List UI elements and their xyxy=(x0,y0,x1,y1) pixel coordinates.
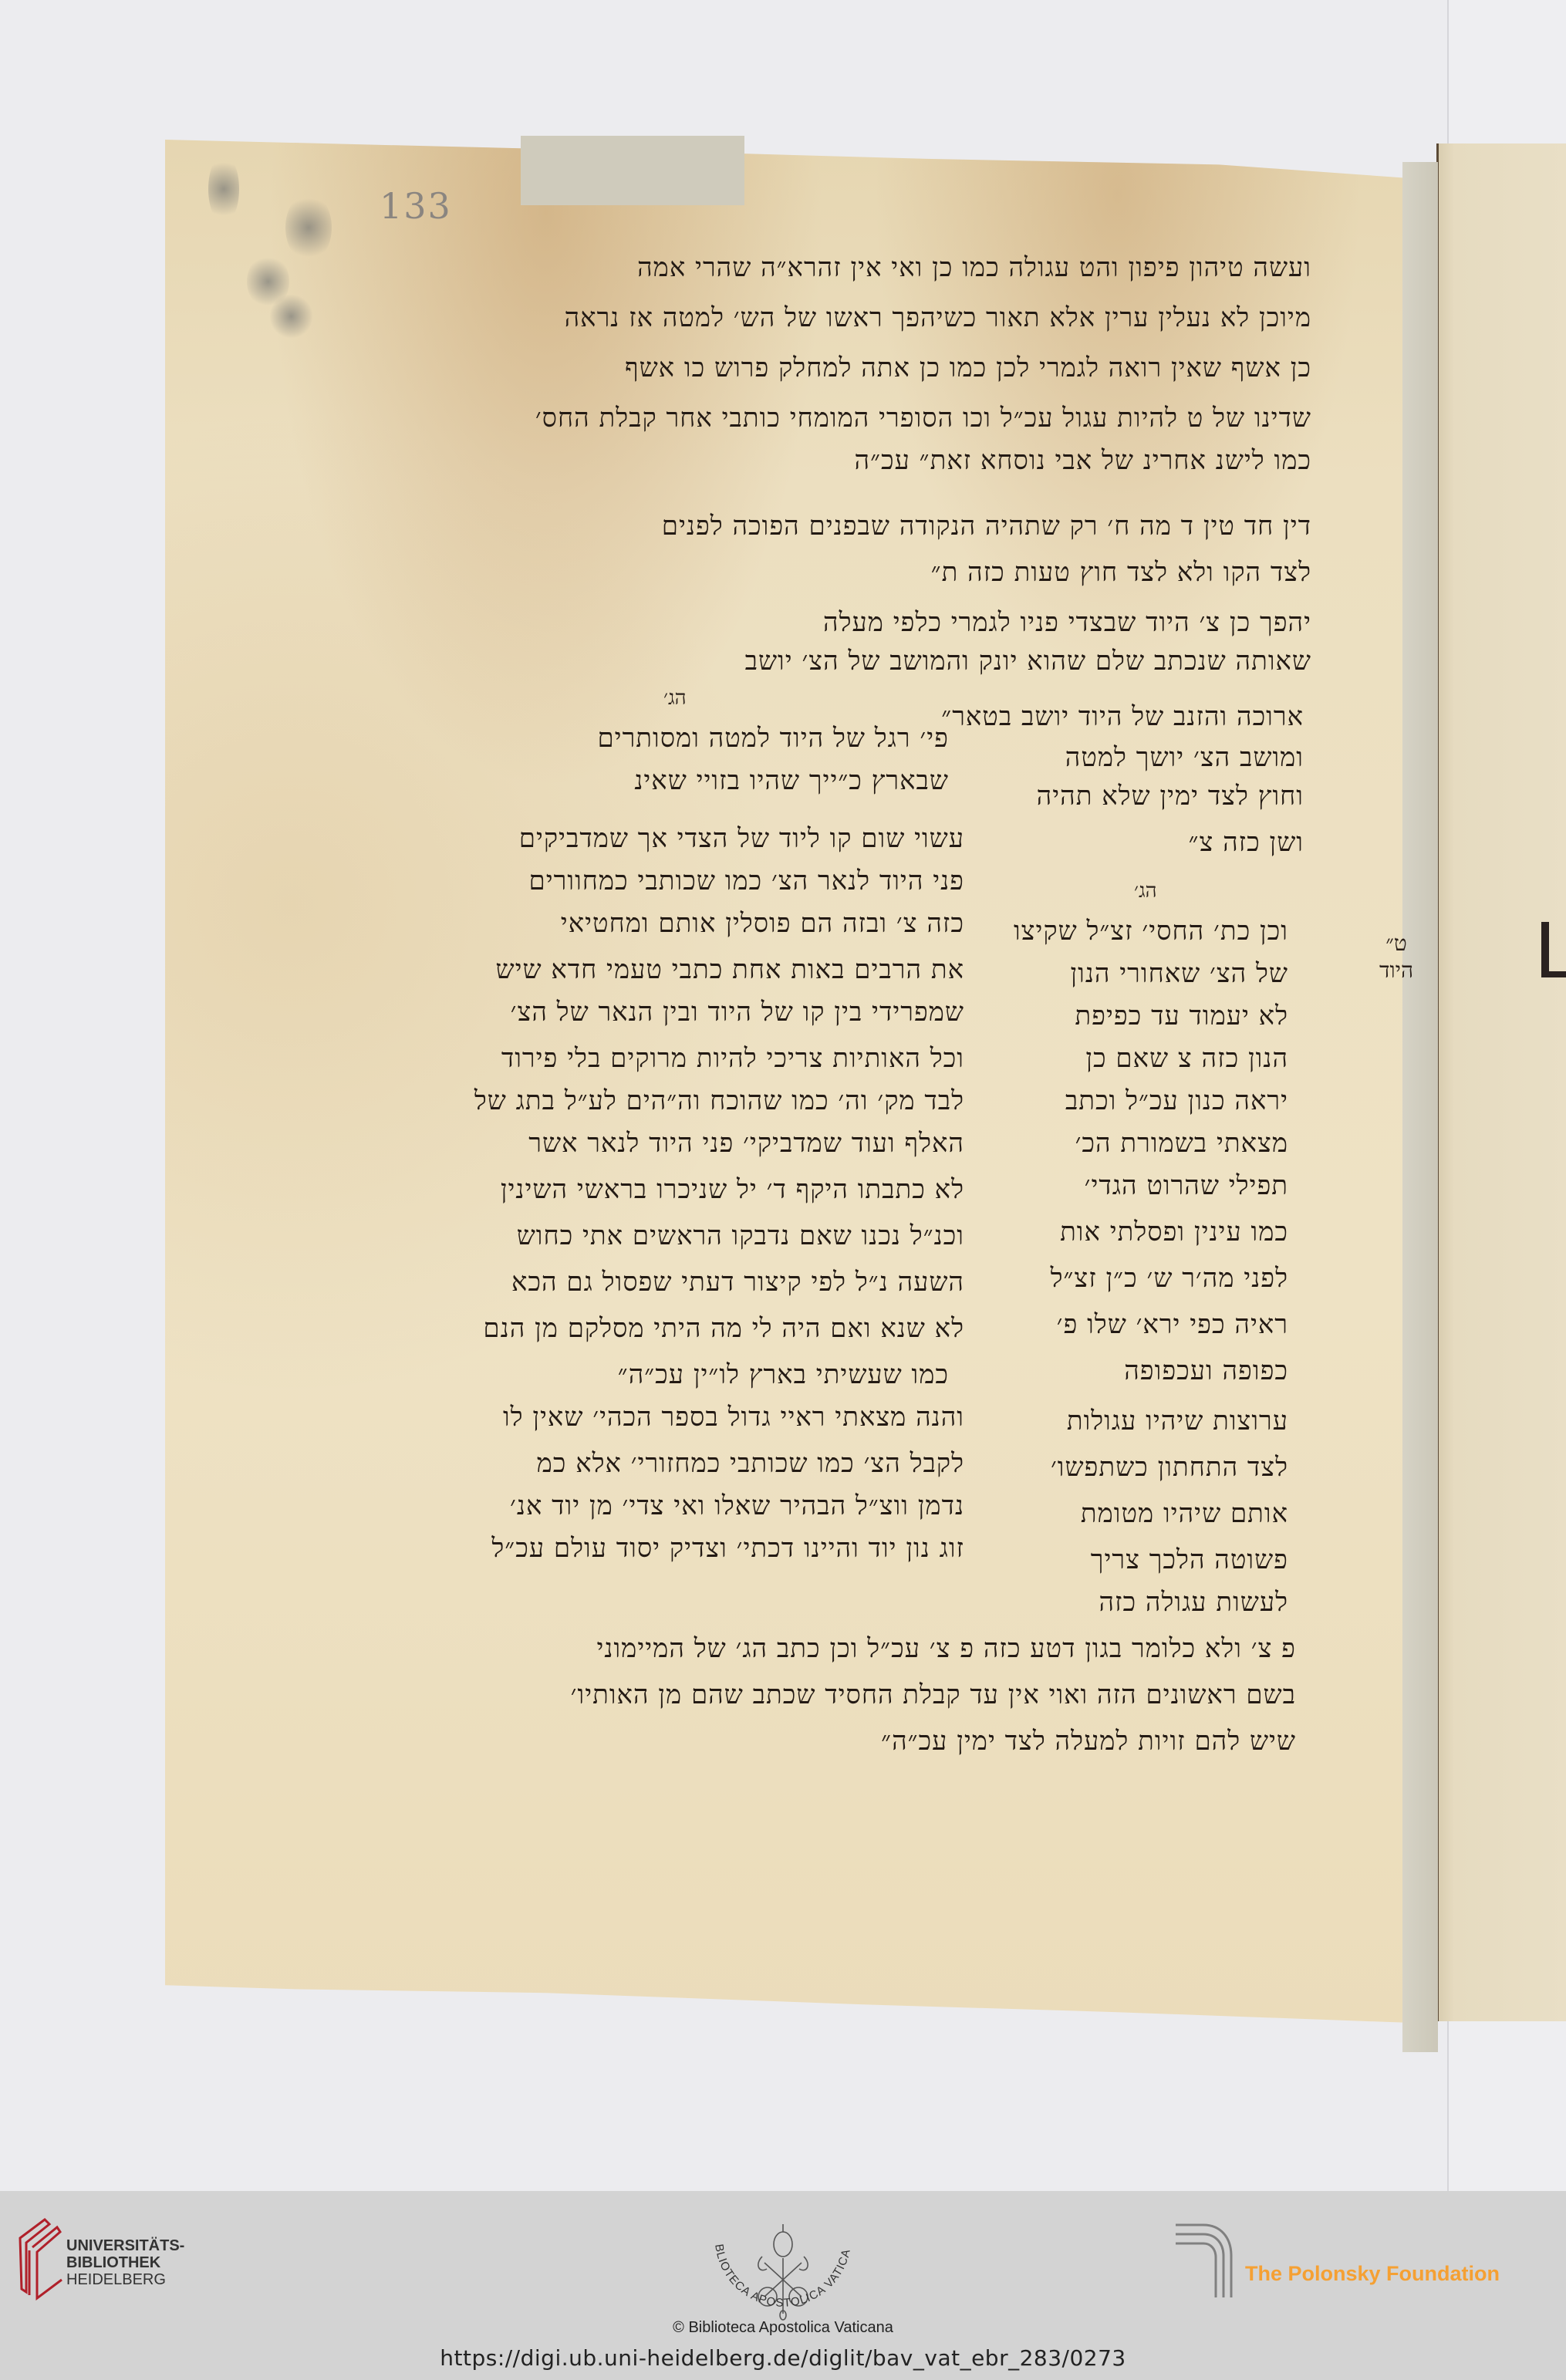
manuscript-line: שיש להם זויות למעלה לצד ימין עכ״ה״ xyxy=(881,1728,1296,1754)
manuscript-line: האלף ועוד שמדביקי׳ פני היוד לנאר אשר xyxy=(528,1130,964,1156)
manuscript-line: כזה צ׳ ובזה הם פוסלין אותם ומחטיאי xyxy=(561,910,964,937)
manuscript-line: עשוי שום קו ליוד של הצדי אך שמדביקים xyxy=(519,825,964,852)
manuscript-line: לצד הקו ולא לצד חוץ טעות כזה ת״ xyxy=(393,559,1311,586)
manuscript-line: תפילי שהרוט הגדי׳ xyxy=(1085,1173,1288,1199)
manuscript-line: לא יעמוד עד כפיפת xyxy=(1075,1003,1288,1029)
manuscript-line: כפופה ועכפופה xyxy=(1124,1358,1288,1384)
manuscript-line: לעשות עגולה כזה xyxy=(1099,1589,1288,1615)
manuscript-line: ארוכה והזנב של היוד יושב בטאר״ xyxy=(941,704,1304,730)
manuscript-line: של הצ׳ שאחורי הנון xyxy=(1070,960,1288,987)
manuscript-line: את הרבים באות אחת כתבי טעמי חדא שיש xyxy=(496,957,965,983)
polonsky-foundation-logo-icon xyxy=(93,2220,162,2297)
manuscript-line: וכנ״ל נכנו שאם נדבקו הראשים אתי כחוש xyxy=(517,1223,964,1249)
manuscript-line: ומושב הצ׳ יושך למטה xyxy=(1065,744,1304,771)
binding-repair-strip xyxy=(1402,162,1438,2052)
manuscript-line: לצד התחתון כשתפשו׳ xyxy=(1051,1454,1288,1480)
manuscript-line: פ צ׳ ולא כלומר בגון דטע כזה פ צ׳ עכ״ל וכ… xyxy=(597,1636,1296,1662)
manuscript-line: שבארץ כ״ייך שהיו בזויי שאינ xyxy=(634,768,949,794)
manuscript-line: וכל האותיות צריכי להיות מרוקים בלי פירוד xyxy=(501,1045,964,1072)
manuscript-line: זוג נון יוד והיינו דכתי׳ וצדיק יסוד עולם… xyxy=(491,1535,964,1561)
manuscript-line: פשוטה הלכך צריך xyxy=(1091,1547,1288,1573)
manuscript-line: שדינו של ט להיות עגול עכ״ל וכו הסופרי המ… xyxy=(424,405,1311,431)
manuscript-line: ושן כזה צ״ xyxy=(1189,829,1304,856)
ink-stain xyxy=(285,193,332,262)
manuscript-line: כמו עינין ופסלתי אות xyxy=(1060,1219,1288,1245)
manuscript-line: והנה מצאתי ראיי גדול בספר הכהי׳ שאין לו xyxy=(503,1404,964,1430)
margin-note-line: היוד xyxy=(1379,957,1413,984)
svg-text:BIBLIOTECA APOSTOLICA VATICANA: BIBLIOTECA APOSTOLICA VATICANA xyxy=(693,2218,853,2310)
manuscript-line: מצאתי בשמורת הכ׳ xyxy=(1075,1130,1288,1156)
manuscript-line: ועשה טיהון פיפון והט עגולה כמו כן ואי אי… xyxy=(424,255,1311,281)
manuscript-line: דין חד טין ד מה ח׳ רק שתהיה הנקודה שבפני… xyxy=(393,513,1311,539)
manuscript-line: הנון כזה צ שאם כן xyxy=(1085,1045,1288,1072)
manuscript-line: השעה נ״ל לפי קיצור דעתי שפסול גם הכא xyxy=(511,1269,964,1295)
margin-note: ט״ היוד xyxy=(1379,930,1413,984)
manuscript-line: יראה כנון עכ״ל וכתב xyxy=(1065,1088,1288,1114)
manuscript-line: לבד מק׳ וה׳ כמו שהוכח וה״הים לע״ל בתג של xyxy=(474,1088,964,1114)
manuscript-line: כמו לישנ אחרינ של אבי נוסחא זאת״ עכ״ה xyxy=(424,447,1311,474)
manuscript-line: ערוצות שיהיו עגולות xyxy=(1067,1408,1288,1434)
polonsky-foundation-logo-icon xyxy=(1173,2220,1242,2297)
ink-stain xyxy=(270,293,312,339)
margin-note-line: ט״ xyxy=(1379,930,1413,957)
permalink-url[interactable]: https://digi.ub.uni-heidelberg.de/diglit… xyxy=(0,2345,1566,2371)
manuscript-line: נדמן ווצ״ל הבהיר שאלו ואי צדי׳ מן יוד אנ… xyxy=(510,1493,964,1519)
manuscript-line: שמפרידי בין קו של היוד ובין הנאר של הצ׳ xyxy=(511,999,964,1025)
manuscript-line: לפני מה׳ר ש׳ כ״ן זצ״ל xyxy=(1051,1265,1288,1291)
manuscript-line: פי׳ רגל של היוד למטה ומסותרים xyxy=(597,725,949,751)
polonsky-foundation-wordmark: The Polonsky Foundation xyxy=(1245,2262,1500,2286)
folio-number: 133 xyxy=(380,185,452,227)
manuscript-line: וכן כת׳ החסי׳ זצ״ל שקיצו xyxy=(1014,918,1288,944)
facing-page-ink-mark xyxy=(1541,922,1566,977)
paper-repair-patch xyxy=(521,136,744,205)
manuscript-line: שאותה שנכתב שלם שהוא יונק והמושב של הצ׳ … xyxy=(393,648,1311,674)
section-marker: הג׳ xyxy=(663,687,687,710)
vatican-arc-text: BIBLIOTECA APOSTOLICA VATICANA xyxy=(693,2218,853,2310)
manuscript-line: אותם שיהיו מטומת xyxy=(1081,1501,1288,1527)
manuscript-line: לא שנא ואם היה לי מה היתי מסלקם מן הנם xyxy=(483,1315,964,1342)
manuscript-line: לקבל הצ׳ כמו שכותבי כמחזורי׳ אלא כמ xyxy=(537,1450,964,1477)
copyright-notice: © Biblioteca Apostolica Vaticana xyxy=(0,2319,1566,2337)
section-marker: הג׳ xyxy=(1134,879,1157,903)
ink-stain xyxy=(208,154,239,224)
manuscript-line: ראיה כפי ירא׳ שלו פ׳ xyxy=(1057,1312,1288,1338)
manuscript-line: בשם ראשונים הזה ואוי אין עד קבלת החסיד ש… xyxy=(571,1682,1296,1708)
manuscript-line: פני היוד לנאר הצ׳ כמו שכותבי כמחוורים xyxy=(529,868,964,894)
manuscript-line: מיוכן לא נעלין ערין אלא תאור כשיהפך ראשו… xyxy=(424,305,1311,331)
manuscript-line: כן אשף שאין רואה לגמרי לכן כמו כן אתה למ… xyxy=(424,355,1311,381)
manuscript-line: לא כתבתו היקף ד׳ יל שניכרו בראשי השינין xyxy=(501,1176,964,1203)
manuscript-line: וחוץ לצד ימין שלא תהיה xyxy=(1037,783,1304,809)
manuscript-line: כמו שעשיתי בארץ לו״ין עכ״ה״ xyxy=(618,1362,949,1388)
ub-heidelberg-logo-icon xyxy=(14,2218,63,2303)
facing-page-edge xyxy=(1436,143,1566,2021)
manuscript-line: יהפך כן צ׳ היוד שבצדי פניו לגמרי כלפי מע… xyxy=(393,609,1311,636)
